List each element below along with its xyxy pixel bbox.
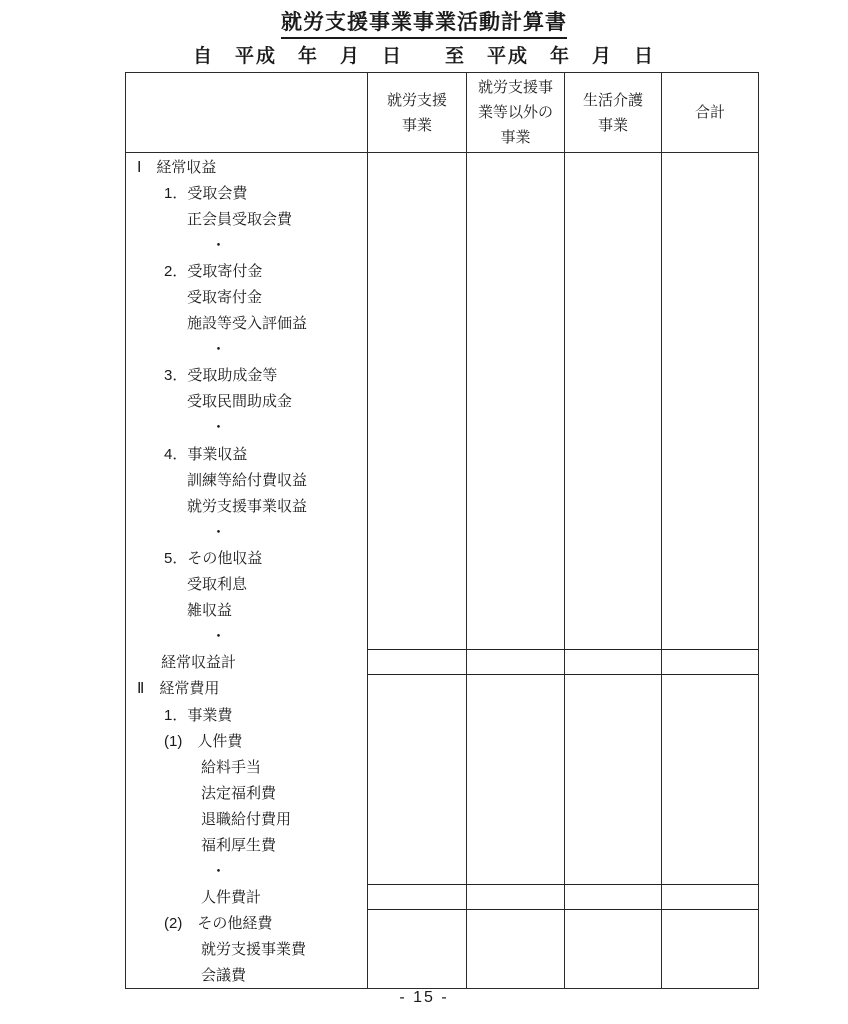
amount-cell-other-business xyxy=(467,753,565,779)
row-label-cell: 退職給付費用 xyxy=(126,805,368,831)
amount-cell-shuro-shien xyxy=(368,153,467,179)
amount-cell-other-business xyxy=(467,466,565,492)
amount-cell-total xyxy=(662,623,758,649)
row-label: ・ xyxy=(211,521,226,542)
row-label: 受取利息 xyxy=(187,573,247,594)
amount-cell-other-business xyxy=(467,884,565,910)
row-label-cell: ・ xyxy=(126,336,368,362)
row-label: 4．事業収益 xyxy=(164,443,247,464)
amount-cell-shuro-shien xyxy=(368,518,467,544)
row-label-cell: 訓練等給付費収益 xyxy=(126,466,368,492)
row-label: ・ xyxy=(211,860,226,881)
amount-cell-shuro-shien xyxy=(368,179,467,205)
row-label-cell: ・ xyxy=(126,858,368,884)
header-other-business: 就労支援事 業等以外の 事業 xyxy=(467,73,565,152)
row-label-cell: 人件費計 xyxy=(126,884,368,910)
amount-cell-seikatsu-kaigo xyxy=(565,649,662,675)
amount-cell-shuro-shien xyxy=(368,675,467,701)
table-row: 受取民間助成金 xyxy=(126,388,758,414)
row-label: ・ xyxy=(211,338,226,359)
amount-cell-seikatsu-kaigo xyxy=(565,858,662,884)
amount-cell-shuro-shien xyxy=(368,623,467,649)
table-row: 給料手当 xyxy=(126,753,758,779)
amount-cell-other-business xyxy=(467,571,565,597)
amount-cell-other-business xyxy=(467,597,565,623)
header-shuro-shien-jigyo: 就労支援 事業 xyxy=(368,73,467,152)
row-label-cell: 4．事業収益 xyxy=(126,440,368,466)
amount-cell-total xyxy=(662,779,758,805)
amount-cell-other-business xyxy=(467,414,565,440)
amount-cell-shuro-shien xyxy=(368,936,467,962)
amount-cell-other-business xyxy=(467,858,565,884)
table-row: 3．受取助成金等 xyxy=(126,362,758,388)
amount-cell-shuro-shien xyxy=(368,701,467,727)
amount-cell-seikatsu-kaigo xyxy=(565,231,662,257)
row-label-cell: 受取寄付金 xyxy=(126,283,368,309)
table-row: (2) その他経費 xyxy=(126,910,758,936)
amount-cell-other-business xyxy=(467,779,565,805)
row-label: Ⅱ 経常費用 xyxy=(137,677,219,698)
amount-cell-seikatsu-kaigo xyxy=(565,205,662,231)
table-row: 福利厚生費 xyxy=(126,831,758,857)
amount-cell-seikatsu-kaigo xyxy=(565,518,662,544)
amount-cell-other-business xyxy=(467,701,565,727)
page-title: 就労支援事業事業活動計算書 xyxy=(0,6,848,39)
amount-cell-total xyxy=(662,597,758,623)
table-row: 訓練等給付費収益 xyxy=(126,466,758,492)
row-label-cell: 2．受取寄付金 xyxy=(126,257,368,283)
table-row: 1．受取会費 xyxy=(126,179,758,205)
amount-cell-seikatsu-kaigo xyxy=(565,388,662,414)
amount-cell-seikatsu-kaigo xyxy=(565,884,662,910)
amount-cell-shuro-shien xyxy=(368,388,467,414)
amount-cell-shuro-shien xyxy=(368,571,467,597)
amount-cell-other-business xyxy=(467,910,565,936)
amount-cell-seikatsu-kaigo xyxy=(565,544,662,570)
amount-cell-seikatsu-kaigo xyxy=(565,831,662,857)
amount-cell-other-business xyxy=(467,649,565,675)
row-label: 施設等受入評価益 xyxy=(187,312,307,333)
amount-cell-total xyxy=(662,414,758,440)
row-label-cell: 5．その他収益 xyxy=(126,544,368,570)
table-row: Ⅱ 経常費用 xyxy=(126,675,758,701)
amount-cell-total xyxy=(662,831,758,857)
amount-cell-shuro-shien xyxy=(368,310,467,336)
amount-cell-shuro-shien xyxy=(368,884,467,910)
row-label: 法定福利費 xyxy=(201,782,276,803)
row-label-cell: 受取民間助成金 xyxy=(126,388,368,414)
amount-cell-total xyxy=(662,492,758,518)
amount-cell-shuro-shien xyxy=(368,492,467,518)
amount-cell-shuro-shien xyxy=(368,597,467,623)
row-label: 給料手当 xyxy=(201,756,261,777)
amount-cell-seikatsu-kaigo xyxy=(565,805,662,831)
page: 就労支援事業事業活動計算書 自 平成 年 月 日 至 平成 年 月 日 就労支援… xyxy=(0,0,848,1024)
amount-cell-seikatsu-kaigo xyxy=(565,571,662,597)
table-row: 2．受取寄付金 xyxy=(126,257,758,283)
amount-cell-seikatsu-kaigo xyxy=(565,675,662,701)
amount-cell-shuro-shien xyxy=(368,779,467,805)
amount-cell-shuro-shien xyxy=(368,805,467,831)
amount-cell-total xyxy=(662,910,758,936)
table-row: 5．その他収益 xyxy=(126,544,758,570)
row-label: (1) 人件費 xyxy=(164,730,242,751)
amount-cell-total xyxy=(662,571,758,597)
row-label-cell: 雑収益 xyxy=(126,597,368,623)
row-label-cell: ・ xyxy=(126,518,368,544)
amount-cell-total xyxy=(662,962,758,988)
row-label-cell: 給料手当 xyxy=(126,753,368,779)
amount-cell-other-business xyxy=(467,257,565,283)
table-row: 受取寄付金 xyxy=(126,283,758,309)
amount-cell-total xyxy=(662,388,758,414)
row-label-cell: (1) 人件費 xyxy=(126,727,368,753)
statement-table: 就労支援 事業 就労支援事 業等以外の 事業 生活介護 事業 合計 Ⅰ 経常収益… xyxy=(125,72,759,989)
amount-cell-total xyxy=(662,205,758,231)
amount-cell-shuro-shien xyxy=(368,544,467,570)
row-label-cell: 法定福利費 xyxy=(126,779,368,805)
row-label: 正会員受取会費 xyxy=(187,208,292,229)
table-row: ・ xyxy=(126,231,758,257)
table-row: 法定福利費 xyxy=(126,779,758,805)
row-label-cell: 1．事業費 xyxy=(126,701,368,727)
row-label: ・ xyxy=(211,234,226,255)
amount-cell-seikatsu-kaigo xyxy=(565,701,662,727)
row-label: 雑収益 xyxy=(187,599,232,620)
row-label-cell: (2) その他経費 xyxy=(126,910,368,936)
amount-cell-total xyxy=(662,310,758,336)
amount-cell-seikatsu-kaigo xyxy=(565,910,662,936)
amount-cell-seikatsu-kaigo xyxy=(565,753,662,779)
row-label: 会議費 xyxy=(201,964,246,985)
table-row: Ⅰ 経常収益 xyxy=(126,153,758,179)
period-line: 自 平成 年 月 日 至 平成 年 月 日 xyxy=(0,41,848,68)
row-label: 就労支援事業収益 xyxy=(187,495,307,516)
row-label: 3．受取助成金等 xyxy=(164,364,277,385)
amount-cell-total xyxy=(662,336,758,362)
row-label: Ⅰ 経常収益 xyxy=(137,156,216,177)
amount-cell-other-business xyxy=(467,310,565,336)
amount-cell-seikatsu-kaigo xyxy=(565,623,662,649)
amount-cell-shuro-shien xyxy=(368,257,467,283)
row-label: 福利厚生費 xyxy=(201,834,276,855)
header-total: 合計 xyxy=(662,73,758,152)
table-row: 雑収益 xyxy=(126,597,758,623)
table-row: 受取利息 xyxy=(126,571,758,597)
amount-cell-shuro-shien xyxy=(368,649,467,675)
amount-cell-seikatsu-kaigo xyxy=(565,414,662,440)
amount-cell-total xyxy=(662,466,758,492)
page-number: - 15 - xyxy=(0,989,848,1007)
amount-cell-other-business xyxy=(467,544,565,570)
row-label-cell: 福利厚生費 xyxy=(126,831,368,857)
amount-cell-total xyxy=(662,544,758,570)
amount-cell-other-business xyxy=(467,492,565,518)
amount-cell-total xyxy=(662,884,758,910)
amount-cell-seikatsu-kaigo xyxy=(565,492,662,518)
amount-cell-shuro-shien xyxy=(368,362,467,388)
row-label: 受取寄付金 xyxy=(187,286,262,307)
row-label-cell: 施設等受入評価益 xyxy=(126,310,368,336)
amount-cell-other-business xyxy=(467,962,565,988)
row-label-cell: 会議費 xyxy=(126,962,368,988)
row-label-cell: 3．受取助成金等 xyxy=(126,362,368,388)
amount-cell-shuro-shien xyxy=(368,283,467,309)
amount-cell-seikatsu-kaigo xyxy=(565,310,662,336)
amount-cell-other-business xyxy=(467,727,565,753)
table-row: ・ xyxy=(126,858,758,884)
amount-cell-shuro-shien xyxy=(368,962,467,988)
amount-cell-total xyxy=(662,518,758,544)
table-row: ・ xyxy=(126,623,758,649)
amount-cell-total xyxy=(662,701,758,727)
table-header-row: 就労支援 事業 就労支援事 業等以外の 事業 生活介護 事業 合計 xyxy=(126,73,758,153)
amount-cell-other-business xyxy=(467,362,565,388)
amount-cell-seikatsu-kaigo xyxy=(565,936,662,962)
table-body: Ⅰ 経常収益 1．受取会費 正会員受取会費 ・ 2．受取 xyxy=(126,153,758,988)
amount-cell-seikatsu-kaigo xyxy=(565,179,662,205)
table-row: ・ xyxy=(126,336,758,362)
amount-cell-other-business xyxy=(467,231,565,257)
amount-cell-other-business xyxy=(467,623,565,649)
amount-cell-shuro-shien xyxy=(368,414,467,440)
row-label: 就労支援事業費 xyxy=(201,938,306,959)
amount-cell-total xyxy=(662,858,758,884)
row-label-cell: 1．受取会費 xyxy=(126,179,368,205)
table-row: 正会員受取会費 xyxy=(126,205,758,231)
amount-cell-total xyxy=(662,753,758,779)
amount-cell-other-business xyxy=(467,283,565,309)
row-label: 1．受取会費 xyxy=(164,182,247,203)
row-label: 経常収益計 xyxy=(161,651,236,672)
table-row: 会議費 xyxy=(126,962,758,988)
row-label-cell: 就労支援事業収益 xyxy=(126,492,368,518)
row-label: 人件費計 xyxy=(201,886,261,907)
amount-cell-other-business xyxy=(467,936,565,962)
row-label-cell: ・ xyxy=(126,231,368,257)
amount-cell-seikatsu-kaigo xyxy=(565,257,662,283)
row-label-cell: Ⅰ 経常収益 xyxy=(126,153,368,179)
amount-cell-other-business xyxy=(467,440,565,466)
amount-cell-shuro-shien xyxy=(368,910,467,936)
amount-cell-shuro-shien xyxy=(368,831,467,857)
amount-cell-total xyxy=(662,936,758,962)
amount-cell-other-business xyxy=(467,831,565,857)
amount-cell-other-business xyxy=(467,518,565,544)
row-label-cell: Ⅱ 経常費用 xyxy=(126,675,368,701)
table-row: 就労支援事業収益 xyxy=(126,492,758,518)
amount-cell-seikatsu-kaigo xyxy=(565,962,662,988)
row-label: ・ xyxy=(211,625,226,646)
row-label-cell: 受取利息 xyxy=(126,571,368,597)
amount-cell-total xyxy=(662,231,758,257)
amount-cell-total xyxy=(662,153,758,179)
amount-cell-other-business xyxy=(467,336,565,362)
amount-cell-shuro-shien xyxy=(368,205,467,231)
amount-cell-total xyxy=(662,727,758,753)
page-title-text: 就労支援事業事業活動計算書 xyxy=(281,6,567,39)
row-label: (2) その他経費 xyxy=(164,912,272,933)
amount-cell-seikatsu-kaigo xyxy=(565,336,662,362)
amount-cell-total xyxy=(662,179,758,205)
table-row: (1) 人件費 xyxy=(126,727,758,753)
amount-cell-other-business xyxy=(467,805,565,831)
row-label: 退職給付費用 xyxy=(201,808,291,829)
amount-cell-shuro-shien xyxy=(368,231,467,257)
row-label-cell: ・ xyxy=(126,623,368,649)
amount-cell-total xyxy=(662,440,758,466)
amount-cell-shuro-shien xyxy=(368,727,467,753)
table-row: 4．事業収益 xyxy=(126,440,758,466)
table-row: 1．事業費 xyxy=(126,701,758,727)
amount-cell-total xyxy=(662,362,758,388)
amount-cell-seikatsu-kaigo xyxy=(565,466,662,492)
row-label-cell: 経常収益計 xyxy=(126,649,368,675)
table-row: 人件費計 xyxy=(126,884,758,910)
table-row: 経常収益計 xyxy=(126,649,758,675)
row-label: 訓練等給付費収益 xyxy=(187,469,307,490)
row-label: ・ xyxy=(211,416,226,437)
row-label: 5．その他収益 xyxy=(164,547,262,568)
amount-cell-total xyxy=(662,649,758,675)
row-label: 受取民間助成金 xyxy=(187,390,292,411)
table-row: 退職給付費用 xyxy=(126,805,758,831)
amount-cell-seikatsu-kaigo xyxy=(565,779,662,805)
header-seikatsu-kaigo-jigyo: 生活介護 事業 xyxy=(565,73,662,152)
row-label: 1．事業費 xyxy=(164,704,232,725)
amount-cell-shuro-shien xyxy=(368,466,467,492)
amount-cell-seikatsu-kaigo xyxy=(565,283,662,309)
amount-cell-seikatsu-kaigo xyxy=(565,440,662,466)
amount-cell-other-business xyxy=(467,153,565,179)
table-row: 就労支援事業費 xyxy=(126,936,758,962)
amount-cell-seikatsu-kaigo xyxy=(565,727,662,753)
row-label-cell: 就労支援事業費 xyxy=(126,936,368,962)
amount-cell-seikatsu-kaigo xyxy=(565,362,662,388)
amount-cell-other-business xyxy=(467,179,565,205)
amount-cell-shuro-shien xyxy=(368,858,467,884)
amount-cell-shuro-shien xyxy=(368,753,467,779)
row-label-cell: 正会員受取会費 xyxy=(126,205,368,231)
amount-cell-seikatsu-kaigo xyxy=(565,597,662,623)
amount-cell-total xyxy=(662,257,758,283)
amount-cell-total xyxy=(662,675,758,701)
table-row: ・ xyxy=(126,518,758,544)
table-row: ・ xyxy=(126,414,758,440)
row-label: 2．受取寄付金 xyxy=(164,260,262,281)
amount-cell-seikatsu-kaigo xyxy=(565,153,662,179)
amount-cell-total xyxy=(662,283,758,309)
amount-cell-total xyxy=(662,805,758,831)
amount-cell-other-business xyxy=(467,205,565,231)
amount-cell-shuro-shien xyxy=(368,336,467,362)
row-label-cell: ・ xyxy=(126,414,368,440)
table-row: 施設等受入評価益 xyxy=(126,310,758,336)
header-account-title xyxy=(126,73,368,152)
amount-cell-other-business xyxy=(467,675,565,701)
amount-cell-shuro-shien xyxy=(368,440,467,466)
amount-cell-other-business xyxy=(467,388,565,414)
